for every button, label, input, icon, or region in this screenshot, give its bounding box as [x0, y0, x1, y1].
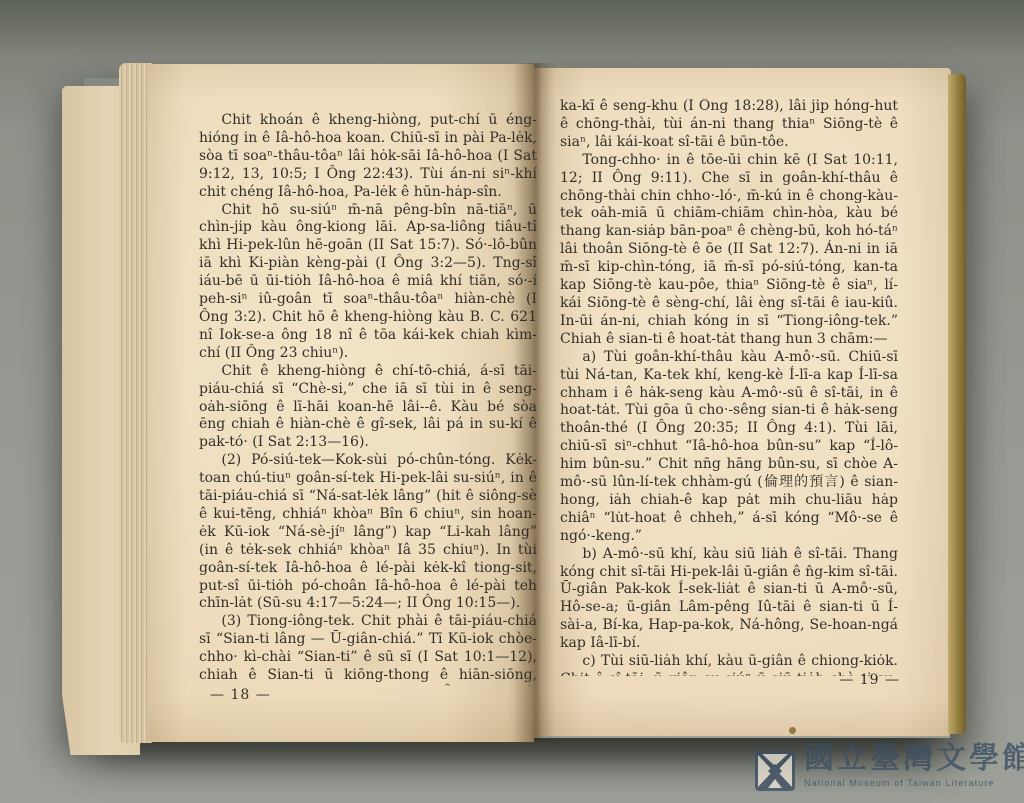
left-page-text: Chit khoán ê kheng-hiòng, put-chí ū éng-… — [199, 112, 537, 686]
museum-name-chinese: 國立臺灣文學館 — [804, 742, 1024, 776]
left-page-paragraph: (2) Pó-siú-tek—Kok-sùi pó-chûn-tóng. Kėk… — [199, 452, 537, 613]
museum-name-english: National Museum of Taiwan Literature — [804, 778, 1024, 788]
right-page-text: ka-kī ê seng-khu (I Ông 18:28), lâi jip … — [560, 98, 898, 676]
paper-speck — [789, 727, 796, 734]
book-fore-edge — [948, 74, 966, 734]
museum-watermark-text: 國立臺灣文學館 National Museum of Taiwan Litera… — [804, 742, 1024, 788]
left-page-paragraph: Chit hō su-siúⁿ m̄-nā pêng-bîn nā-tiāⁿ, … — [199, 202, 537, 363]
book-photo: Chit khoán ê kheng-hiòng, put-chí ū éng-… — [0, 0, 1024, 803]
right-page-paragraph: a) Tùi goân-khí-thâu kàu A-mô·-sū. Chiū-… — [560, 349, 898, 546]
right-page-number: — 19 — — [818, 672, 900, 688]
right-page-paragraph: Tong-chho· in ê tōe-ūi chin kē (I Sat 10… — [560, 152, 898, 349]
right-page-paragraph: ka-kī ê seng-khu (I Ông 18:28), lâi jip … — [560, 98, 898, 152]
right-page-paragraph: b) A-mô·-sū khí, kàu siū liȧh ê sî-tāi. … — [560, 546, 898, 653]
museum-logo-icon — [754, 750, 796, 796]
left-page-paragraph: (3) Tiong-iông-tek. Chit phài ê tāi-piáu… — [199, 613, 537, 686]
left-page-paragraph: Chit khoán ê kheng-hiòng, put-chí ū éng-… — [199, 112, 537, 202]
left-page-paragraph: Chit ê kheng-hiòng ê chí-tō-chiá, á-sī t… — [199, 363, 537, 453]
museum-watermark: 國立臺灣文學館 National Museum of Taiwan Litera… — [754, 742, 1024, 800]
left-page-number: — 18 — — [210, 687, 271, 703]
